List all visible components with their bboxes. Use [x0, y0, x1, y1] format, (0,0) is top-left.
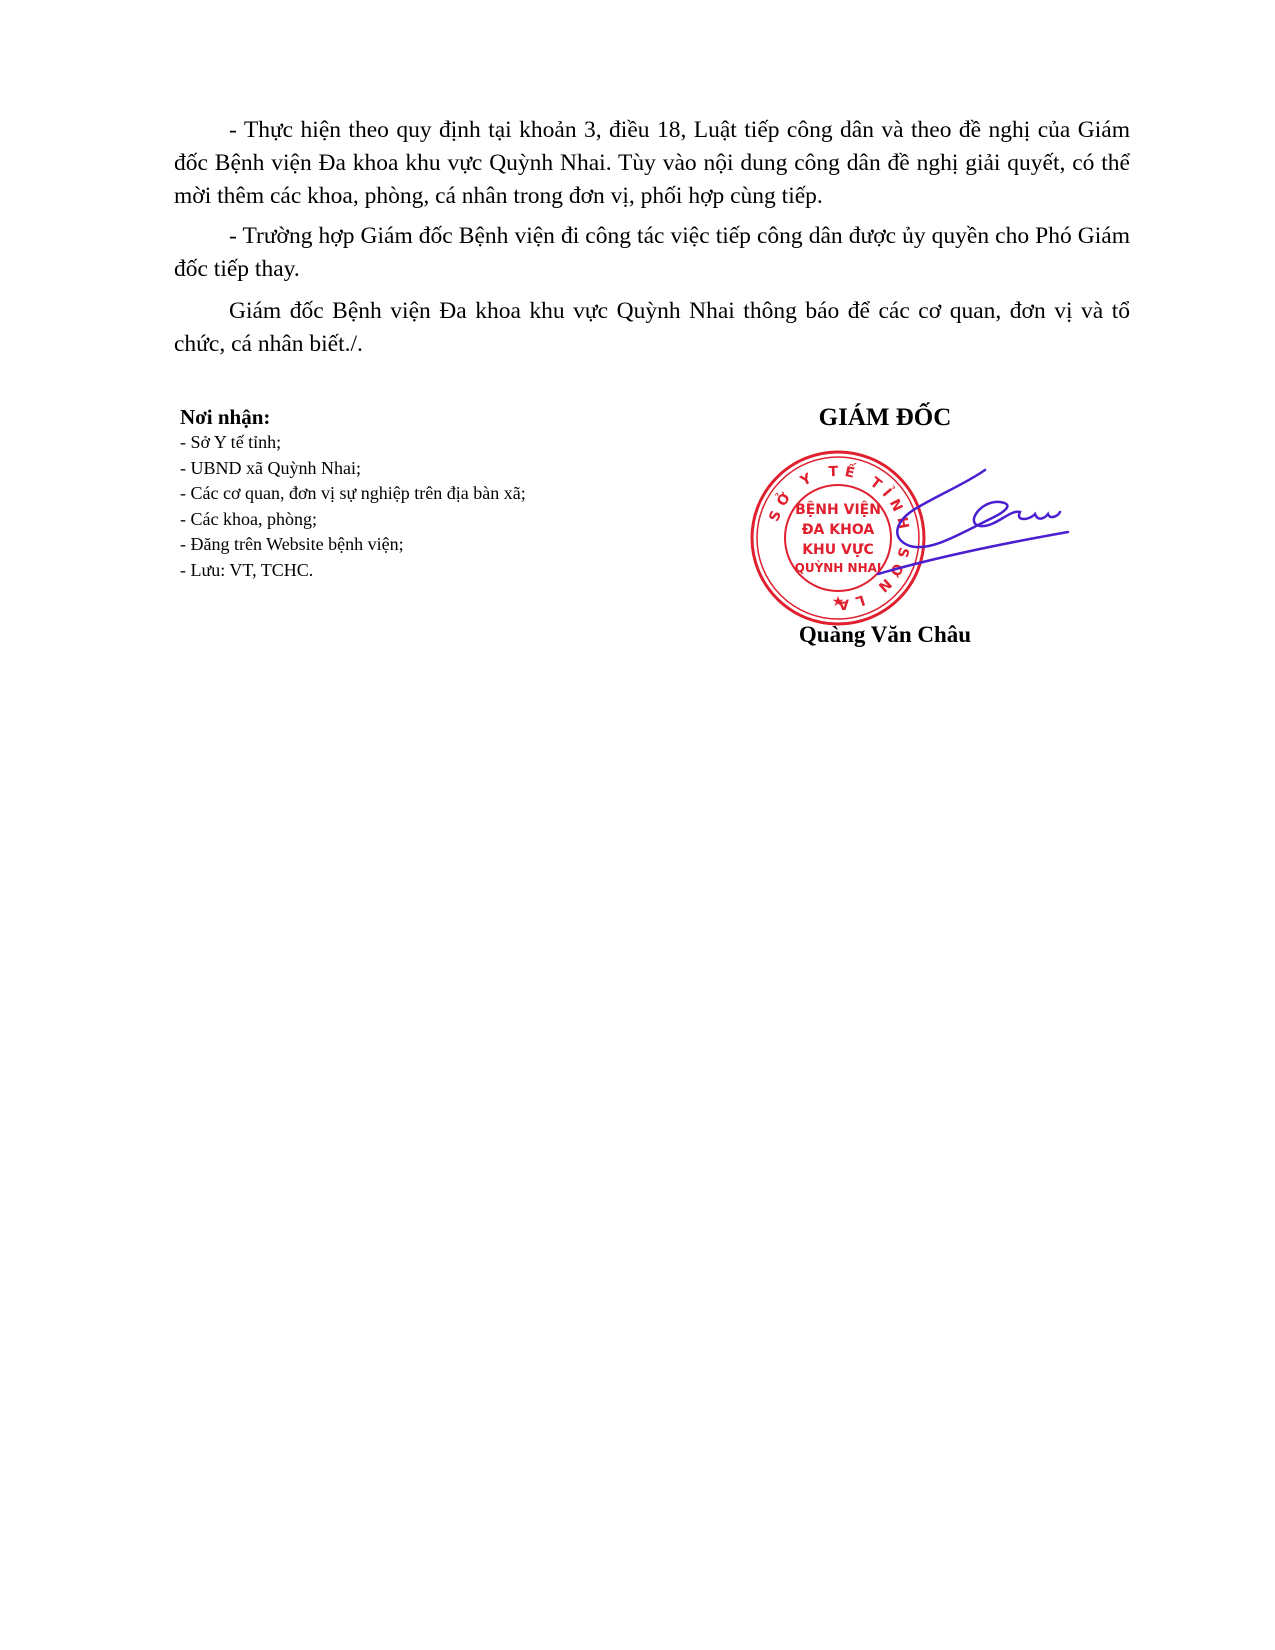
handwritten-signature-icon	[870, 464, 1070, 584]
paragraph-2-text: - Trường hợp Giám đốc Bệnh viện đi công …	[174, 223, 1130, 282]
svg-text:★: ★	[832, 594, 845, 610]
recipients-block: Nơi nhận: - Sở Y tế tỉnh; - UBND xã Quỳn…	[180, 404, 526, 583]
stamp-line-2: ĐA KHOA	[802, 522, 875, 538]
recipient-item: - Các cơ quan, đơn vị sự nghiệp trên địa…	[180, 481, 526, 507]
recipient-item: - Lưu: VT, TCHC.	[180, 558, 526, 584]
stamp-line-3: KHU VỰC	[802, 542, 874, 558]
paragraph-1: - Thực hiện theo quy định tại khoản 3, đ…	[174, 114, 1130, 213]
signer-name: Quàng Văn Châu	[760, 622, 1010, 648]
recipient-item: - Các khoa, phòng;	[180, 507, 526, 533]
recipients-heading: Nơi nhận:	[180, 404, 526, 430]
recipient-item: - Sở Y tế tỉnh;	[180, 430, 526, 456]
signer-title: GIÁM ĐỐC	[760, 404, 1010, 432]
paragraph-3-text: Giám đốc Bệnh viện Đa khoa khu vực Quỳnh…	[174, 298, 1130, 357]
recipient-item: - Đăng trên Website bệnh viện;	[180, 532, 526, 558]
stamp-line-4: QUỲNH NHAI	[795, 560, 882, 575]
paragraph-3: Giám đốc Bệnh viện Đa khoa khu vực Quỳnh…	[174, 295, 1130, 361]
paragraph-2: - Trường hợp Giám đốc Bệnh viện đi công …	[174, 220, 1130, 286]
signature-block: GIÁM ĐỐC SỞ Y TẾ TỈNH SƠN LA ★ BỆNH VIỆN…	[760, 400, 1090, 660]
stamp-line-1: BỆNH VIỆN	[795, 500, 881, 518]
paragraph-1-text: - Thực hiện theo quy định tại khoản 3, đ…	[174, 117, 1130, 209]
recipient-item: - UBND xã Quỳnh Nhai;	[180, 456, 526, 482]
